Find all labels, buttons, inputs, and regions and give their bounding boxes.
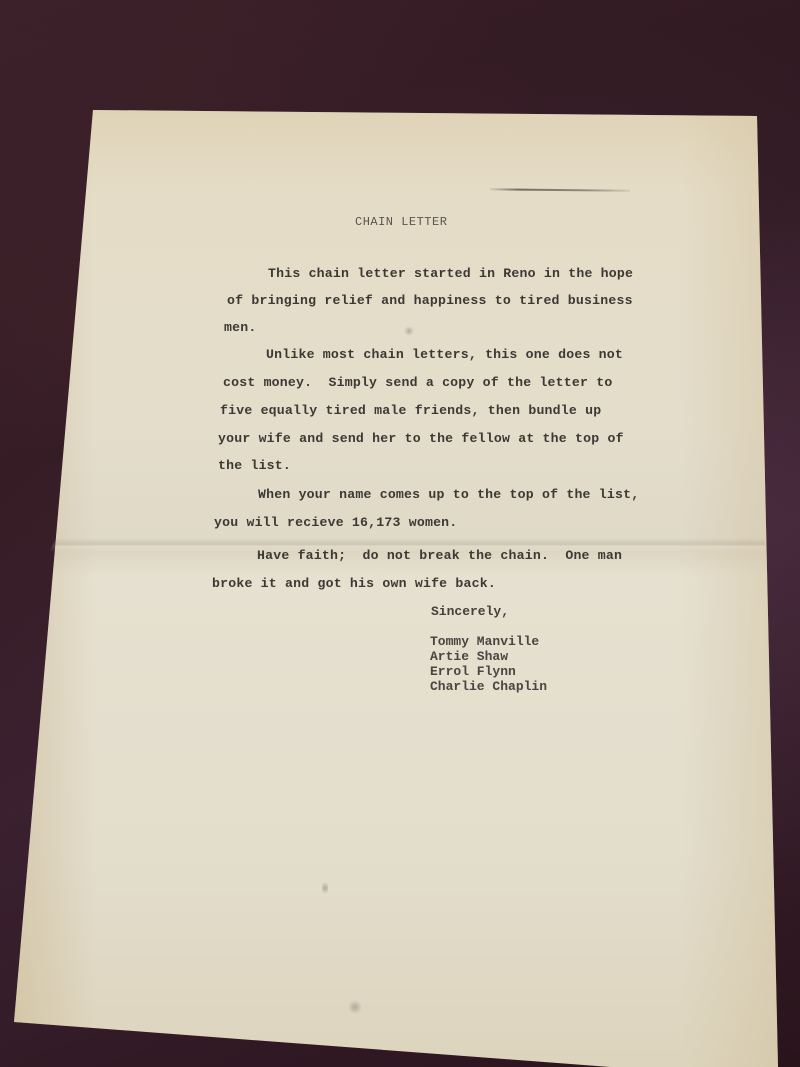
paragraph-2-line-4: your wife and send her to the fellow at … (218, 431, 624, 446)
letter-title: CHAIN LETTER (355, 215, 447, 229)
paragraph-4-line-1: Have faith; do not break the chain. One … (257, 548, 622, 563)
paragraph-3-line-2: you will recieve 16,173 women. (214, 515, 457, 530)
paragraph-4-line-2: broke it and got his own wife back. (212, 576, 496, 591)
signatory: Errol Flynn (430, 664, 547, 679)
paragraph-2-line-1: Unlike most chain letters, this one does… (266, 347, 623, 362)
signatory: Tommy Manville (430, 634, 547, 649)
paragraph-2-line-3: five equally tired male friends, then bu… (220, 403, 601, 418)
paragraph-1-line-1: This chain letter started in Reno in the… (268, 266, 633, 281)
signatory: Artie Shaw (430, 649, 547, 664)
letter-body: CHAIN LETTER This chain letter started i… (0, 0, 800, 1067)
paragraph-3-line-1: When your name comes up to the top of th… (258, 487, 639, 502)
paragraph-2-line-5: the list. (218, 458, 291, 473)
paragraph-1-line-3: men. (224, 320, 256, 335)
paragraph-2-line-2: cost money. Simply send a copy of the le… (223, 375, 612, 390)
signatory-list: Tommy Manville Artie Shaw Errol Flynn Ch… (430, 634, 547, 694)
paragraph-1-line-2: of bringing relief and happiness to tire… (227, 293, 633, 308)
signatory: Charlie Chaplin (430, 679, 547, 694)
closing: Sincerely, (431, 604, 509, 619)
